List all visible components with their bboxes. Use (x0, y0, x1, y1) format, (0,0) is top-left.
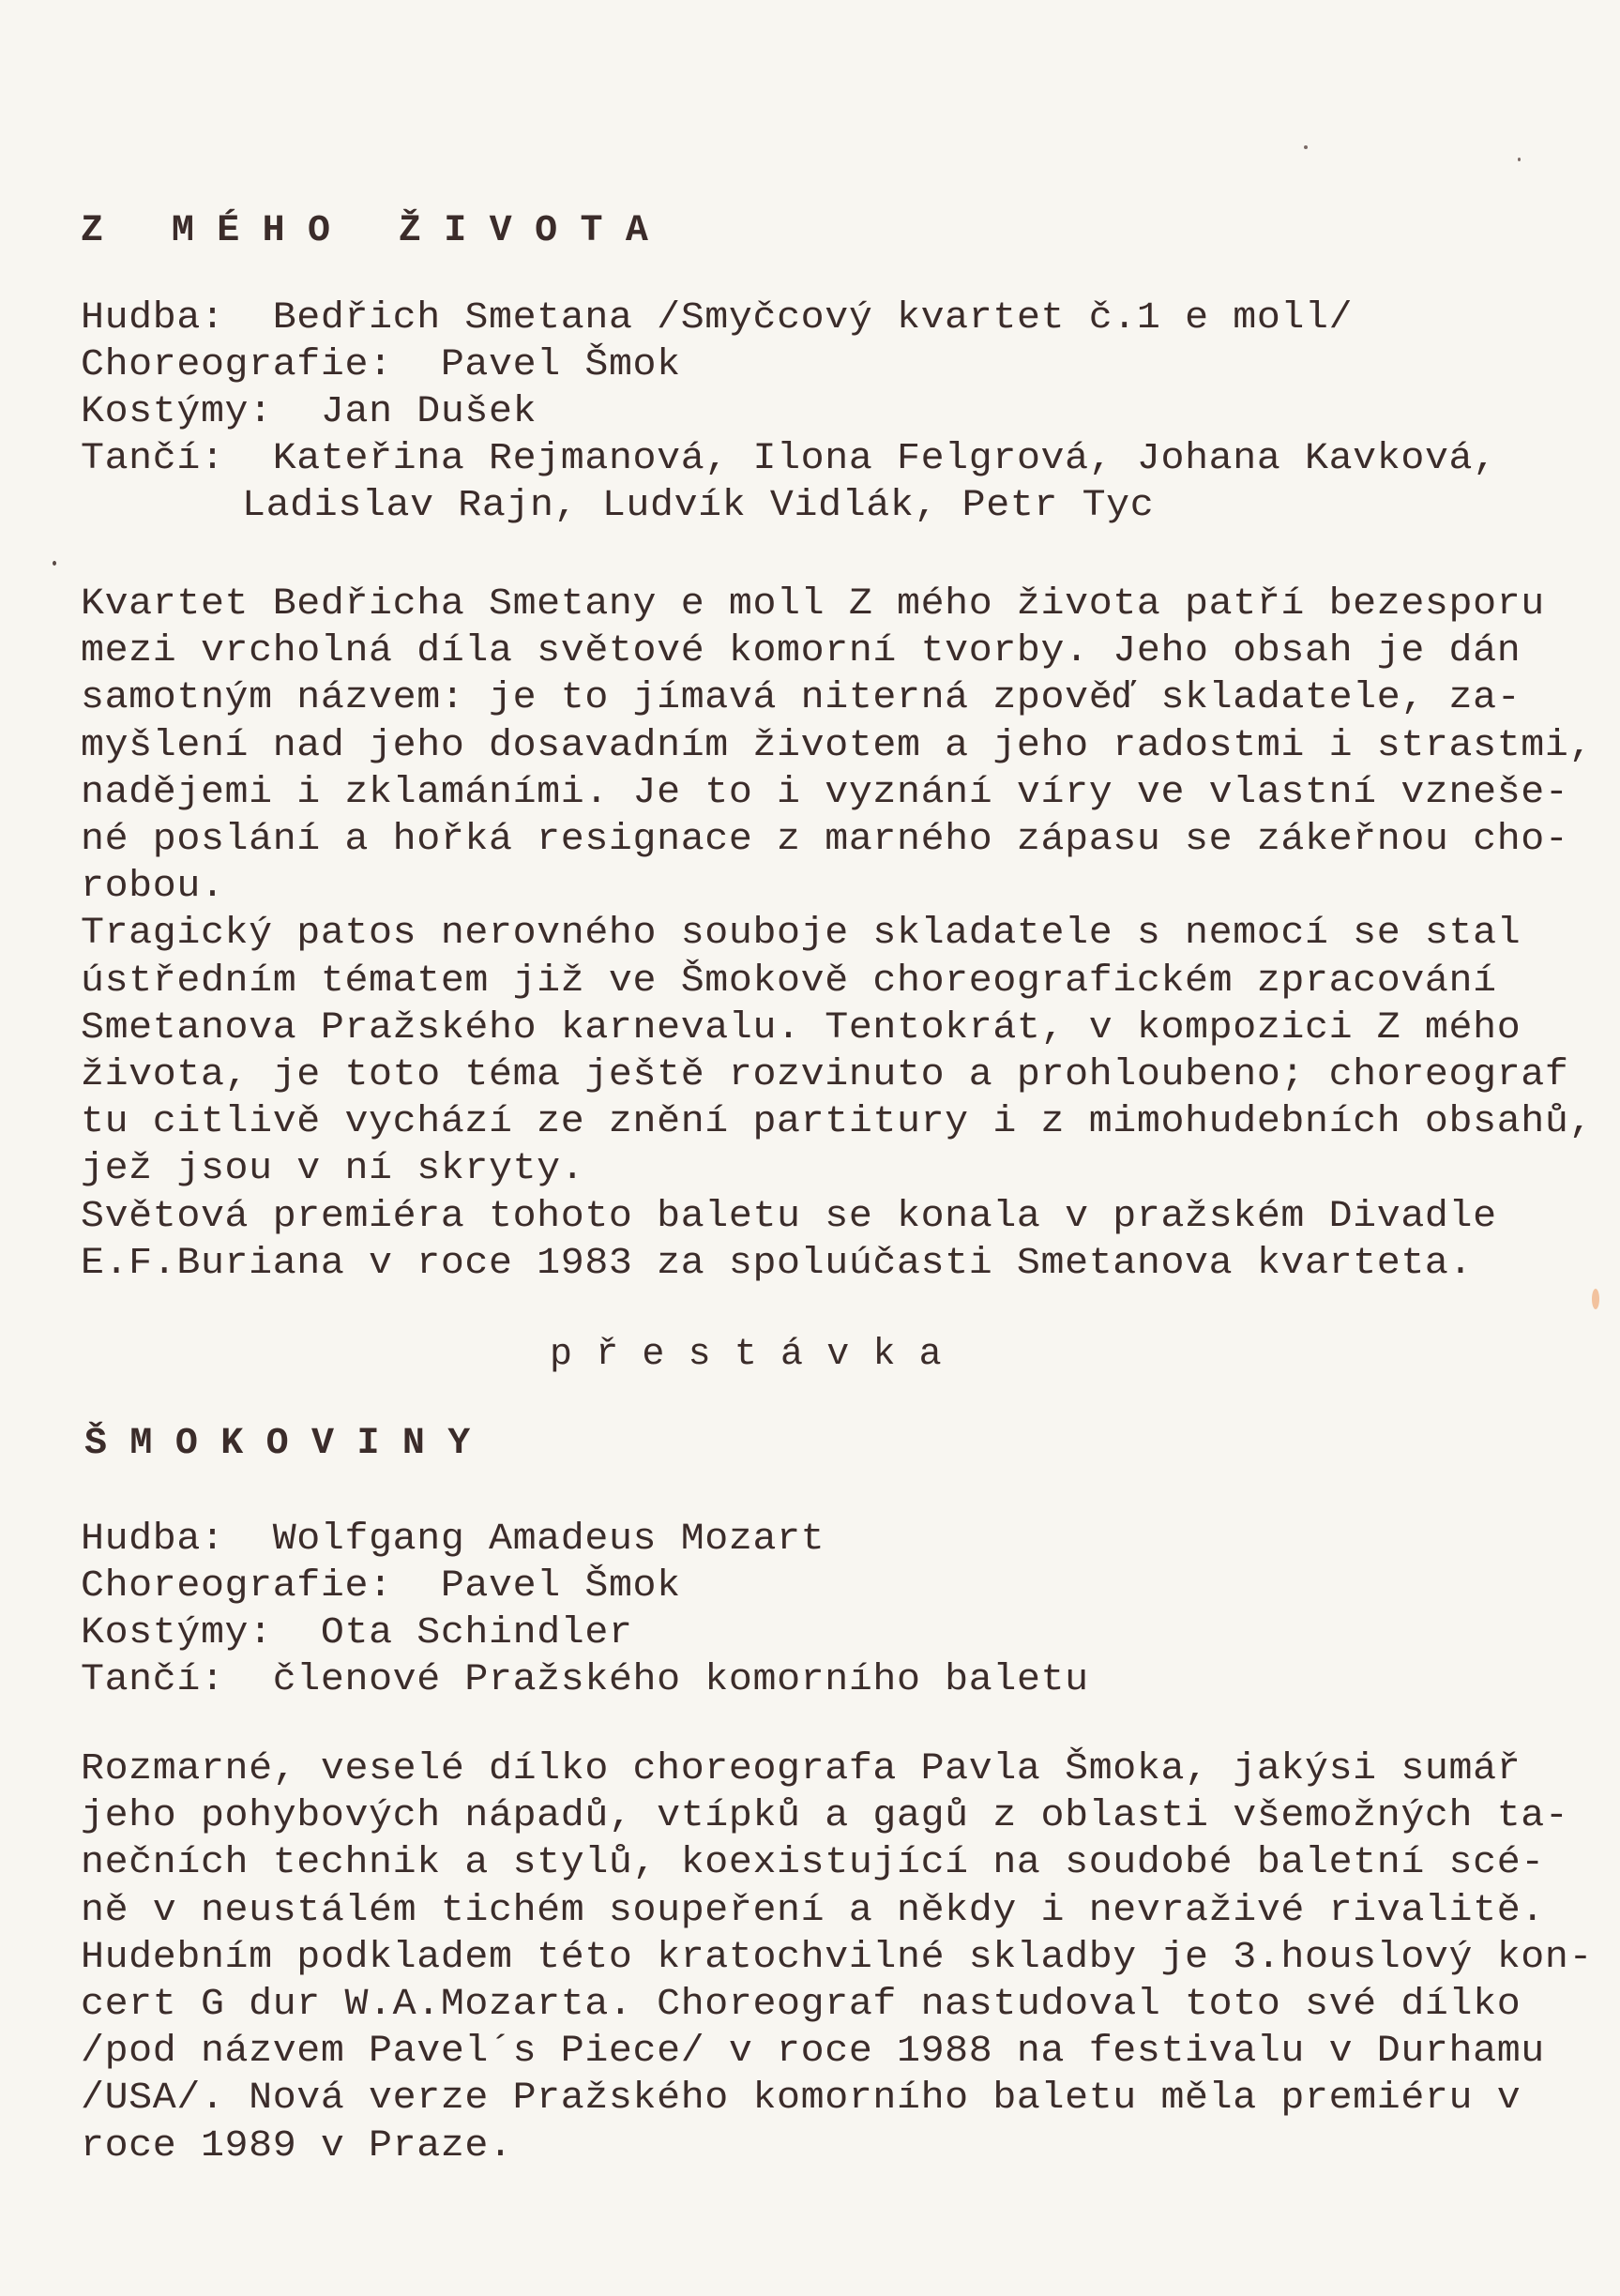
paragraph-line: /USA/. Nová verze Pražského komorního ba… (81, 2076, 1521, 2122)
credit-label: Kostýmy: (81, 391, 273, 433)
paragraph-line: roce 1989 v Praze. (81, 2123, 513, 2170)
credit-costumes: Kostýmy: Ota Schindler (81, 1610, 633, 1657)
paragraph-line: ně v neustálém tichém soupeření a někdy … (81, 1888, 1545, 1935)
paragraph-line: samotným názvem: je to jímavá niterná zp… (81, 675, 1521, 722)
paragraph-line: cert G dur W.A.Mozarta. Choreograf nastu… (81, 1982, 1521, 2029)
credit-music: Hudba: Wolfgang Amadeus Mozart (81, 1517, 825, 1563)
credit-costumes: Kostýmy: Jan Dušek (81, 389, 537, 436)
paragraph-line: Světová premiéra tohoto baletu se konala… (81, 1194, 1497, 1241)
paragraph-line: né poslání a hořká resignace z marného z… (81, 817, 1568, 864)
credit-value: Bedřich Smetana /Smyčcový kvartet č.1 e … (273, 297, 1353, 340)
credit-value: Wolfgang Amadeus Mozart (273, 1518, 825, 1561)
paragraph-line: života, je toto téma ještě rozvinuto a p… (81, 1052, 1568, 1099)
paragraph-line: jeho pohybových nápadů, vtípků a gagů z … (81, 1793, 1568, 1840)
paragraph-line: Rozmarné, veselé dílko choreografa Pavla… (81, 1746, 1521, 1793)
credit-label: Hudba: (81, 1518, 225, 1561)
credit-label: Choreografie: (81, 344, 393, 386)
credit-dancers: Tančí: členové Pražského komorního balet… (81, 1657, 1089, 1704)
credit-label: Kostýmy: (81, 1612, 273, 1654)
paragraph-line: Hudebním podkladem této kratochvilné skl… (81, 1935, 1593, 1982)
credit-music: Hudba: Bedřich Smetana /Smyčcový kvartet… (81, 295, 1353, 342)
paragraph-line: Tragický patos nerovného souboje skladat… (81, 911, 1521, 958)
intermission-label: p ř e s t á v k a (550, 1332, 942, 1379)
credit-value: Jan Dušek (321, 391, 537, 433)
paragraph-line: ústředním tématem již ve Šmokově choreog… (81, 959, 1497, 1005)
paper-speck (53, 561, 56, 566)
credit-label: Choreografie: (81, 1565, 393, 1608)
credit-dancers-continuation: Ladislav Rajn, Ludvík Vidlák, Petr Tyc (242, 483, 1154, 530)
paragraph-line: nadějemi i zklamáními. Je to i vyznání v… (81, 770, 1568, 817)
credit-label: Hudba: (81, 297, 225, 340)
credit-choreography: Choreografie: Pavel Šmok (81, 342, 681, 389)
paragraph-line: E.F.Buriana v roce 1983 za spoluúčasti S… (81, 1241, 1473, 1288)
paragraph-line: Kvartet Bedřicha Smetany e moll Z mého ž… (81, 582, 1545, 628)
paper-speck (1304, 145, 1308, 149)
credit-value: Ota Schindler (321, 1612, 633, 1654)
paper-speck (1518, 158, 1521, 161)
paper-speck (1592, 1289, 1599, 1309)
credit-value: Kateřina Rejmanová, Ilona Felgrová, Joha… (273, 438, 1497, 480)
paragraph-line: nečních technik a stylů, koexistující na… (81, 1840, 1545, 1887)
section2-title: Š M O K O V I N Y (84, 1421, 470, 1468)
paragraph-line: /pod názvem Pavel´s Piece/ v roce 1988 n… (81, 2029, 1545, 2076)
credit-value: Pavel Šmok (441, 344, 681, 386)
credit-value: členové Pražského komorního baletu (273, 1659, 1089, 1701)
paragraph-line: jež jsou v ní skryty. (81, 1146, 584, 1193)
paragraph-line: myšlení nad jeho dosavadním životem a je… (81, 723, 1593, 770)
program-page: Z M É H O Ž I V O T A Hudba: Bedřich Sme… (0, 0, 1620, 2296)
paragraph-line: robou. (81, 864, 225, 911)
paragraph-line: tu citlivě vychází ze znění partitury i … (81, 1099, 1593, 1146)
credit-choreography: Choreografie: Pavel Šmok (81, 1563, 681, 1610)
paragraph-line: Smetanova Pražského karnevalu. Tentokrát… (81, 1005, 1521, 1052)
credit-label: Tančí: (81, 438, 225, 480)
credit-label: Tančí: (81, 1659, 225, 1701)
credit-value: Pavel Šmok (441, 1565, 681, 1608)
paragraph-line: mezi vrcholná díla světové komorní tvorb… (81, 628, 1521, 675)
section1-title: Z M É H O Ž I V O T A (81, 208, 648, 255)
credit-dancers: Tančí: Kateřina Rejmanová, Ilona Felgrov… (81, 436, 1497, 483)
